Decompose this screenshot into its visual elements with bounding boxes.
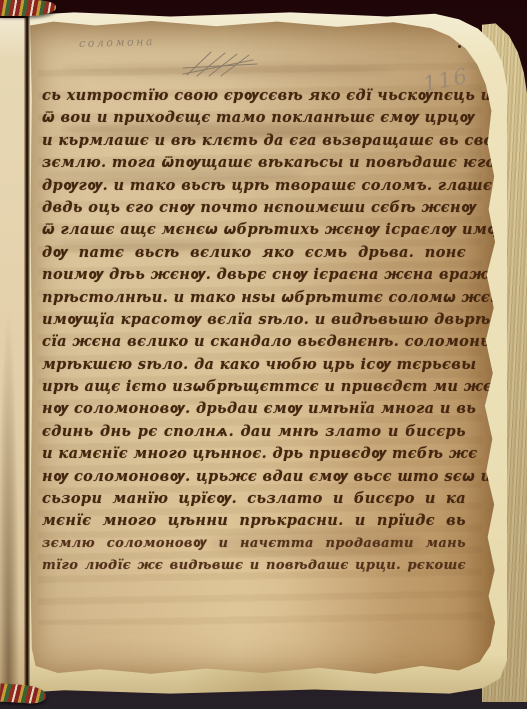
endband-top-icon (0, 0, 56, 16)
pencil-annotation: соломона (79, 35, 155, 50)
manuscript-text-block: сь хитростїю свою єрѹсєвѣ яко єдї чьскѹп… (42, 85, 466, 578)
text-line: имѹщїа красотѹ вєлїа ѕѣло. и видѣвьшю дв… (42, 309, 466, 331)
text-line: мєнїє много цѣнни прѣкрасни. и прїидє вь (42, 510, 466, 532)
manuscript-photo: соломона 116 сь хитростїю свою єрѹсєвѣ я… (0, 0, 527, 709)
manuscript-page: соломона 116 сь хитростїю свою єрѹсєвѣ я… (30, 19, 496, 675)
text-line: нѹ соломоновѹ. црьжє вдаи ємѹ вьсє што ѕ… (42, 466, 466, 488)
text-line: дрѹгѹ. и тако вьсѣ црѣ творашє соломъ. г… (42, 175, 466, 197)
text-line: поимѹ дѣь жєнѹ. двьрє снѹ ієраєна жєна в… (42, 264, 466, 286)
ink-speck (458, 45, 461, 48)
text-line: ѿ глашє ащє мєнєѡ ѡбрѣтихь жєнѹ ісраєлѹ … (42, 219, 466, 241)
text-line: мрѣкшєю ѕѣло. да како чюбю црь ісѹ тєрьє… (42, 354, 466, 376)
pencil-scribble-icon (181, 48, 261, 80)
text-line: зємлю соломоновѹ и начєтта продавати ман… (42, 533, 466, 555)
text-line: прѣстолнѣи. и тако нѕы ѡбрѣтитє соломѡ ж… (42, 287, 466, 309)
text-line: двдь оць єго снѹ почто нєпоимєши сєбѣ жє… (42, 197, 466, 219)
text-line: тїго людїє жє видѣвшє и повѣдашє црци. р… (42, 555, 466, 577)
text-line: и камєнїє много цѣнноє. дрь привєдѹ тєбѣ… (42, 443, 466, 465)
text-line: зємлю. тога ѿпѹщашє вѣкаѣсы и повѣдашє ѥ… (42, 152, 466, 174)
text-line: сїа жєна вєлико и скандало вьєдвнєнѣ. со… (42, 331, 466, 353)
gutter-shadow (24, 16, 30, 694)
text-line: єдинь днь рє сполнѧ. даи мнѣ злато и бис… (42, 421, 466, 443)
text-line: сьзори манїю црїєѹ. сьзлато и бисєро и к… (42, 488, 466, 510)
text-line: сь хитростїю свою єрѹсєвѣ яко єдї чьскѹп… (42, 85, 466, 107)
text-line: нѹ соломоновѹ. дрьдаи ємѹ имѣнїа многа и… (42, 398, 466, 420)
text-line: ѿ вои и приходєщє тамо покланѣшє ємѹ црц… (42, 107, 466, 129)
text-line: дѹ патє вьсѣ вєлико яко єсмь дрьва. понє (42, 242, 466, 264)
text-line: и кьрмлашє и вѣ клєть да єга вьзвращашє … (42, 130, 466, 152)
text-line: ирѣ ащє ієто изѡбрѣщєттсє и привєдєт ми … (42, 376, 466, 398)
